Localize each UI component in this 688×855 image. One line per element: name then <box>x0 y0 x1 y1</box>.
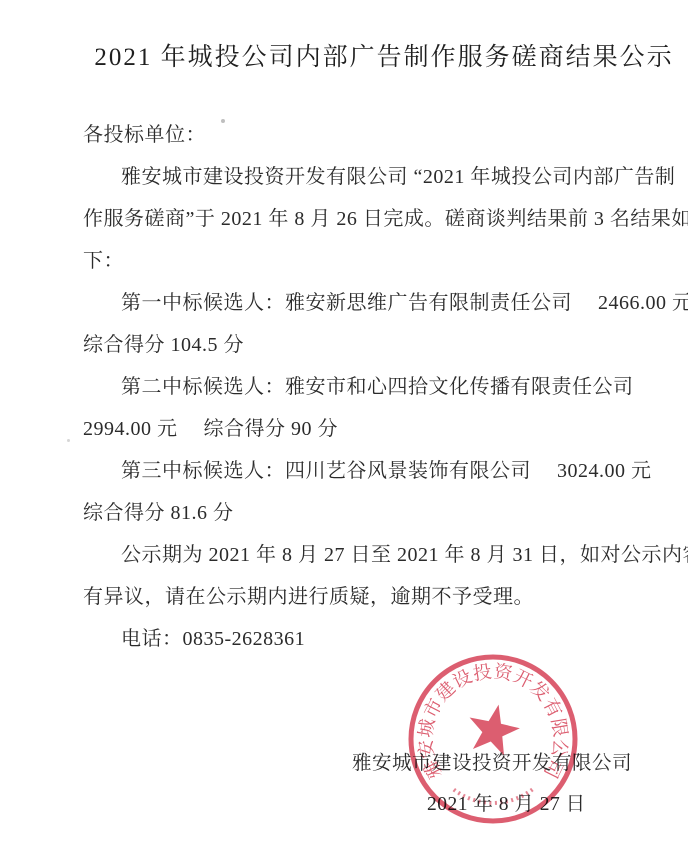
document-title: 2021 年城投公司内部广告制作服务磋商结果公示 <box>90 37 678 73</box>
body-line-candidate-2: 第二中标候选人：雅安市和心四拾文化传播有限责任公司 <box>83 366 655 408</box>
body-line-candidate-1-score: 综合得分 104.5 分 <box>83 324 655 366</box>
body-line-candidate-1: 第一中标候选人：雅安新思维广告有限制责任公司 2466.00 元 <box>83 282 655 324</box>
scan-speck <box>221 119 225 123</box>
body-line-intro-1: 雅安城市建设投资开发有限公司 “2021 年城投公司内部广告制 <box>83 156 655 198</box>
seal-serial-marks <box>454 789 533 803</box>
body-line-publicity-2: 有异议，请在公示期内进行质疑，逾期不予受理。 <box>83 576 655 618</box>
body-line-intro-3: 下： <box>83 240 655 282</box>
body-line-publicity-1: 公示期为 2021 年 8 月 27 日至 2021 年 8 月 31 日，如对… <box>83 534 655 576</box>
scan-speck <box>67 439 70 442</box>
document-page: 2021 年城投公司内部广告制作服务磋商结果公示 各投标单位： 雅安城市建设投资… <box>0 0 688 855</box>
seal-star-icon <box>463 699 523 757</box>
document-body: 各投标单位： 雅安城市建设投资开发有限公司 “2021 年城投公司内部广告制 作… <box>83 114 655 660</box>
body-line-candidate-3-score: 综合得分 81.6 分 <box>83 492 655 534</box>
body-line-salutation: 各投标单位： <box>83 114 655 156</box>
body-line-intro-2: 作服务磋商”于 2021 年 8 月 26 日完成。磋商谈判结果前 3 名结果如 <box>83 198 655 240</box>
body-line-candidate-2-score: 2994.00 元 综合得分 90 分 <box>83 408 655 450</box>
official-seal: 雅安城市建设投资开发有限公司 <box>404 650 582 828</box>
body-line-candidate-3: 第三中标候选人：四川艺谷风景装饰有限公司 3024.00 元 <box>83 450 655 492</box>
